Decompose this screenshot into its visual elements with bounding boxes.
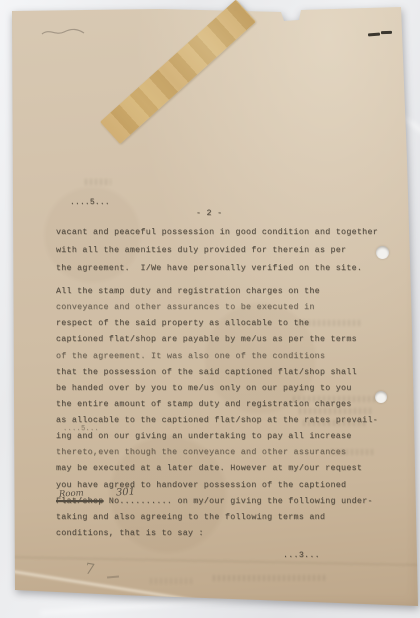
typed-line: ing and on our giving an undertaking to … <box>56 432 352 442</box>
typed-line: as allocable to the captioned flat/shop … <box>56 416 378 426</box>
ink-dash-mark <box>381 31 392 34</box>
typed-line: conveyance and other assurances to be ex… <box>56 303 315 313</box>
photo-of-document: ....5... - 2 - vacant and peaceful posse… <box>0 0 420 618</box>
typed-line: with all the amenities duly provided for… <box>56 246 346 256</box>
bleedthrough-smudge <box>150 578 192 584</box>
typed-line-flatshop: Flat/shop No.......... on my/our giving … <box>56 497 373 507</box>
fold-crease <box>0 556 420 566</box>
typed-segment: ... on my/our giving the following under… <box>156 497 372 506</box>
typed-line: of the agreement. It was also one of the… <box>56 352 325 362</box>
ink-dash-mark <box>368 33 380 36</box>
typed-line: respect of the said property as allocabl… <box>56 319 309 329</box>
pencil-squiggle <box>40 25 86 39</box>
pencil-dash <box>107 575 119 578</box>
bleedthrough-smudge <box>85 179 111 185</box>
typed-line: thereto,even though the conveyance and o… <box>56 448 346 458</box>
typed-line: taking and also agreeing to the followin… <box>56 513 325 523</box>
bleedthrough-smudge <box>298 320 360 326</box>
page-continuation-marker-bottom: ...3... <box>283 551 320 561</box>
bleedthrough-smudge <box>299 408 371 414</box>
bleedthrough-smudge <box>293 396 375 402</box>
fold-crease <box>0 565 209 604</box>
paper-sheet: ....5... - 2 - vacant and peaceful posse… <box>0 0 420 618</box>
pencil-note-seven: 7 <box>84 559 97 578</box>
handwritten-room-number: 301 <box>116 486 136 498</box>
paper-sheet-wrap: ....5... - 2 - vacant and peaceful posse… <box>0 0 420 618</box>
typed-line: be handed over by you to me/us only on o… <box>56 384 352 394</box>
typed-line: vacant and peaceful possession in good c… <box>56 228 378 238</box>
bleedthrough-smudge <box>331 449 373 455</box>
typed-line: may be executed at a later date. However… <box>56 464 362 474</box>
page-number: - 2 - <box>196 209 222 219</box>
page-continuation-marker-faint: ....5... <box>63 424 99 434</box>
typed-line: you have agreed to handover possession o… <box>56 481 346 491</box>
struck-word: Flat/shop <box>56 497 104 506</box>
typed-line: the agreement. I/We have personally veri… <box>56 264 362 274</box>
page-continuation-marker-top: ....5... <box>70 198 110 208</box>
bleedthrough-smudge <box>213 575 325 581</box>
typed-line: the entire amount of stamp duty and regi… <box>56 400 352 410</box>
typed-line: that the possession of the said captione… <box>56 368 357 378</box>
handwritten-room-annotation: Room <box>59 488 84 499</box>
typed-segment: No. <box>104 497 125 506</box>
punch-hole <box>376 246 389 259</box>
typed-dots: ...... <box>125 497 157 506</box>
typed-line: captioned flat/shop are payable by me/us… <box>56 335 357 345</box>
typed-line: All the stamp duty and registration char… <box>56 287 320 297</box>
bleedthrough-smudge <box>303 420 365 426</box>
punch-hole <box>375 391 387 403</box>
typed-line: conditions, that is to say : <box>56 529 204 539</box>
